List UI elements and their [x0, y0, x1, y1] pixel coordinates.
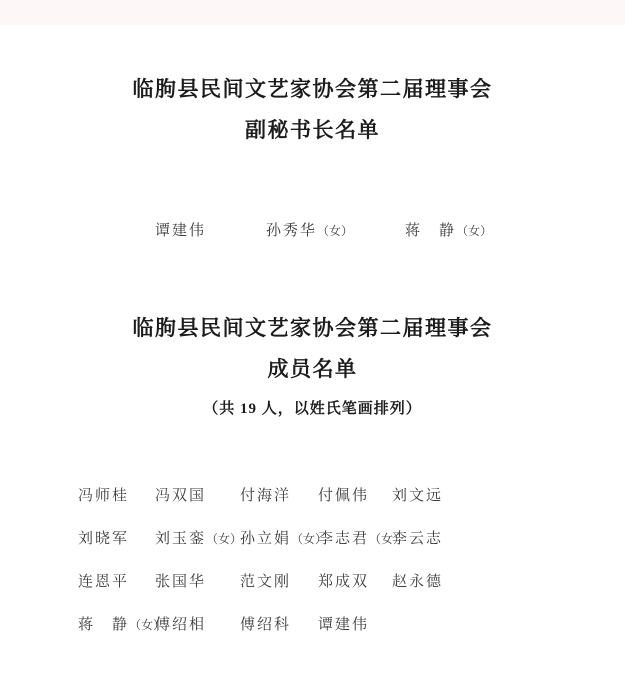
person-name: 郑成双 — [318, 574, 369, 590]
person-name: 谭建伟 — [155, 223, 206, 239]
person-name: 连恩平 — [78, 574, 129, 590]
person-name: 付佩伟 — [318, 488, 369, 504]
member-name-item: 李志君（女） — [318, 529, 392, 549]
member-name-item: 冯双国 — [155, 486, 240, 506]
member-name-item: 付海洋 — [240, 486, 318, 506]
members-grid: 冯师桂 冯双国 付海洋 付佩伟 刘文远 刘晓军 刘玉銮（女） 孙立娟（女） 李志… — [0, 486, 625, 635]
person-name: 李云志 — [392, 531, 443, 547]
members-section: 临朐县民间文艺家协会第二届理事会 成员名单 （共 19 人，以姓氏笔画排列） 冯… — [0, 317, 625, 635]
person-name: 冯双国 — [155, 488, 206, 504]
member-name-item: 蒋 静（女） — [78, 615, 155, 635]
members-row: 刘晓军 刘玉銮（女） 孙立娟（女） 李志君（女） 李云志 — [78, 529, 625, 549]
members-row: 连恩平 张国华 范文刚 郑成双 赵永德 — [78, 572, 625, 592]
top-band — [0, 0, 625, 25]
gender-suffix: （女） — [456, 224, 492, 238]
members-section-title-line1: 临朐县民间文艺家协会第二届理事会 — [0, 317, 625, 340]
document-page: 临朐县民间文艺家协会第二届理事会 副秘书长名单 谭建伟 孙秀华（女） 蒋 静（女… — [0, 0, 625, 675]
member-name-item: 傅绍科 — [240, 615, 318, 635]
members-row: 冯师桂 冯双国 付海洋 付佩伟 刘文远 — [78, 486, 625, 506]
member-name-item: 张国华 — [155, 572, 240, 592]
members-row: 蒋 静（女） 傅绍相 傅绍科 谭建伟 — [78, 615, 625, 635]
deputy-name-item: 谭建伟 — [155, 219, 206, 240]
member-name-item: 连恩平 — [78, 572, 155, 592]
person-name: 李志君 — [318, 531, 369, 547]
person-name: 刘晓军 — [78, 531, 129, 547]
deputy-section-title-line2: 副秘书长名单 — [0, 119, 625, 142]
member-name-item: 刘文远 — [392, 486, 625, 506]
deputy-secretary-section: 临朐县民间文艺家协会第二届理事会 副秘书长名单 谭建伟 孙秀华（女） 蒋 静（女… — [0, 78, 625, 240]
member-name-item — [392, 615, 625, 635]
person-name: 冯师桂 — [78, 488, 129, 504]
member-name-item: 孙立娟（女） — [240, 529, 318, 549]
members-section-title-line2: 成员名单 — [0, 358, 625, 381]
person-name: 赵永德 — [392, 574, 443, 590]
person-name: 范文刚 — [240, 574, 291, 590]
person-name: 傅绍科 — [240, 617, 291, 633]
person-name: 傅绍相 — [155, 617, 206, 633]
deputy-name-item: 孙秀华（女） — [266, 219, 353, 240]
member-name-item: 赵永德 — [392, 572, 625, 592]
person-name: 刘文远 — [392, 488, 443, 504]
member-name-item: 冯师桂 — [78, 486, 155, 506]
gender-suffix: （女） — [317, 224, 353, 238]
member-name-item: 郑成双 — [318, 572, 392, 592]
member-name-item: 刘玉銮（女） — [155, 529, 240, 549]
person-name: 孙立娟 — [240, 531, 291, 547]
gender-suffix: （女） — [206, 532, 242, 546]
members-count-note: （共 19 人，以姓氏笔画排列） — [0, 397, 625, 418]
member-name-item: 李云志 — [392, 529, 625, 549]
deputy-section-title-line1: 临朐县民间文艺家协会第二届理事会 — [0, 78, 625, 101]
person-name: 付海洋 — [240, 488, 291, 504]
person-name: 孙秀华 — [266, 223, 317, 239]
person-name: 蒋 静 — [78, 617, 129, 633]
deputy-name-item: 蒋 静（女） — [405, 219, 492, 240]
person-name: 蒋 静 — [405, 223, 456, 239]
deputy-names-row: 谭建伟 孙秀华（女） 蒋 静（女） — [0, 219, 625, 240]
person-name: 张国华 — [155, 574, 206, 590]
member-name-item: 范文刚 — [240, 572, 318, 592]
member-name-item: 刘晓军 — [78, 529, 155, 549]
member-name-item: 谭建伟 — [318, 615, 392, 635]
member-name-item: 傅绍相 — [155, 615, 240, 635]
person-name: 刘玉銮 — [155, 531, 206, 547]
member-name-item: 付佩伟 — [318, 486, 392, 506]
person-name: 谭建伟 — [318, 617, 369, 633]
